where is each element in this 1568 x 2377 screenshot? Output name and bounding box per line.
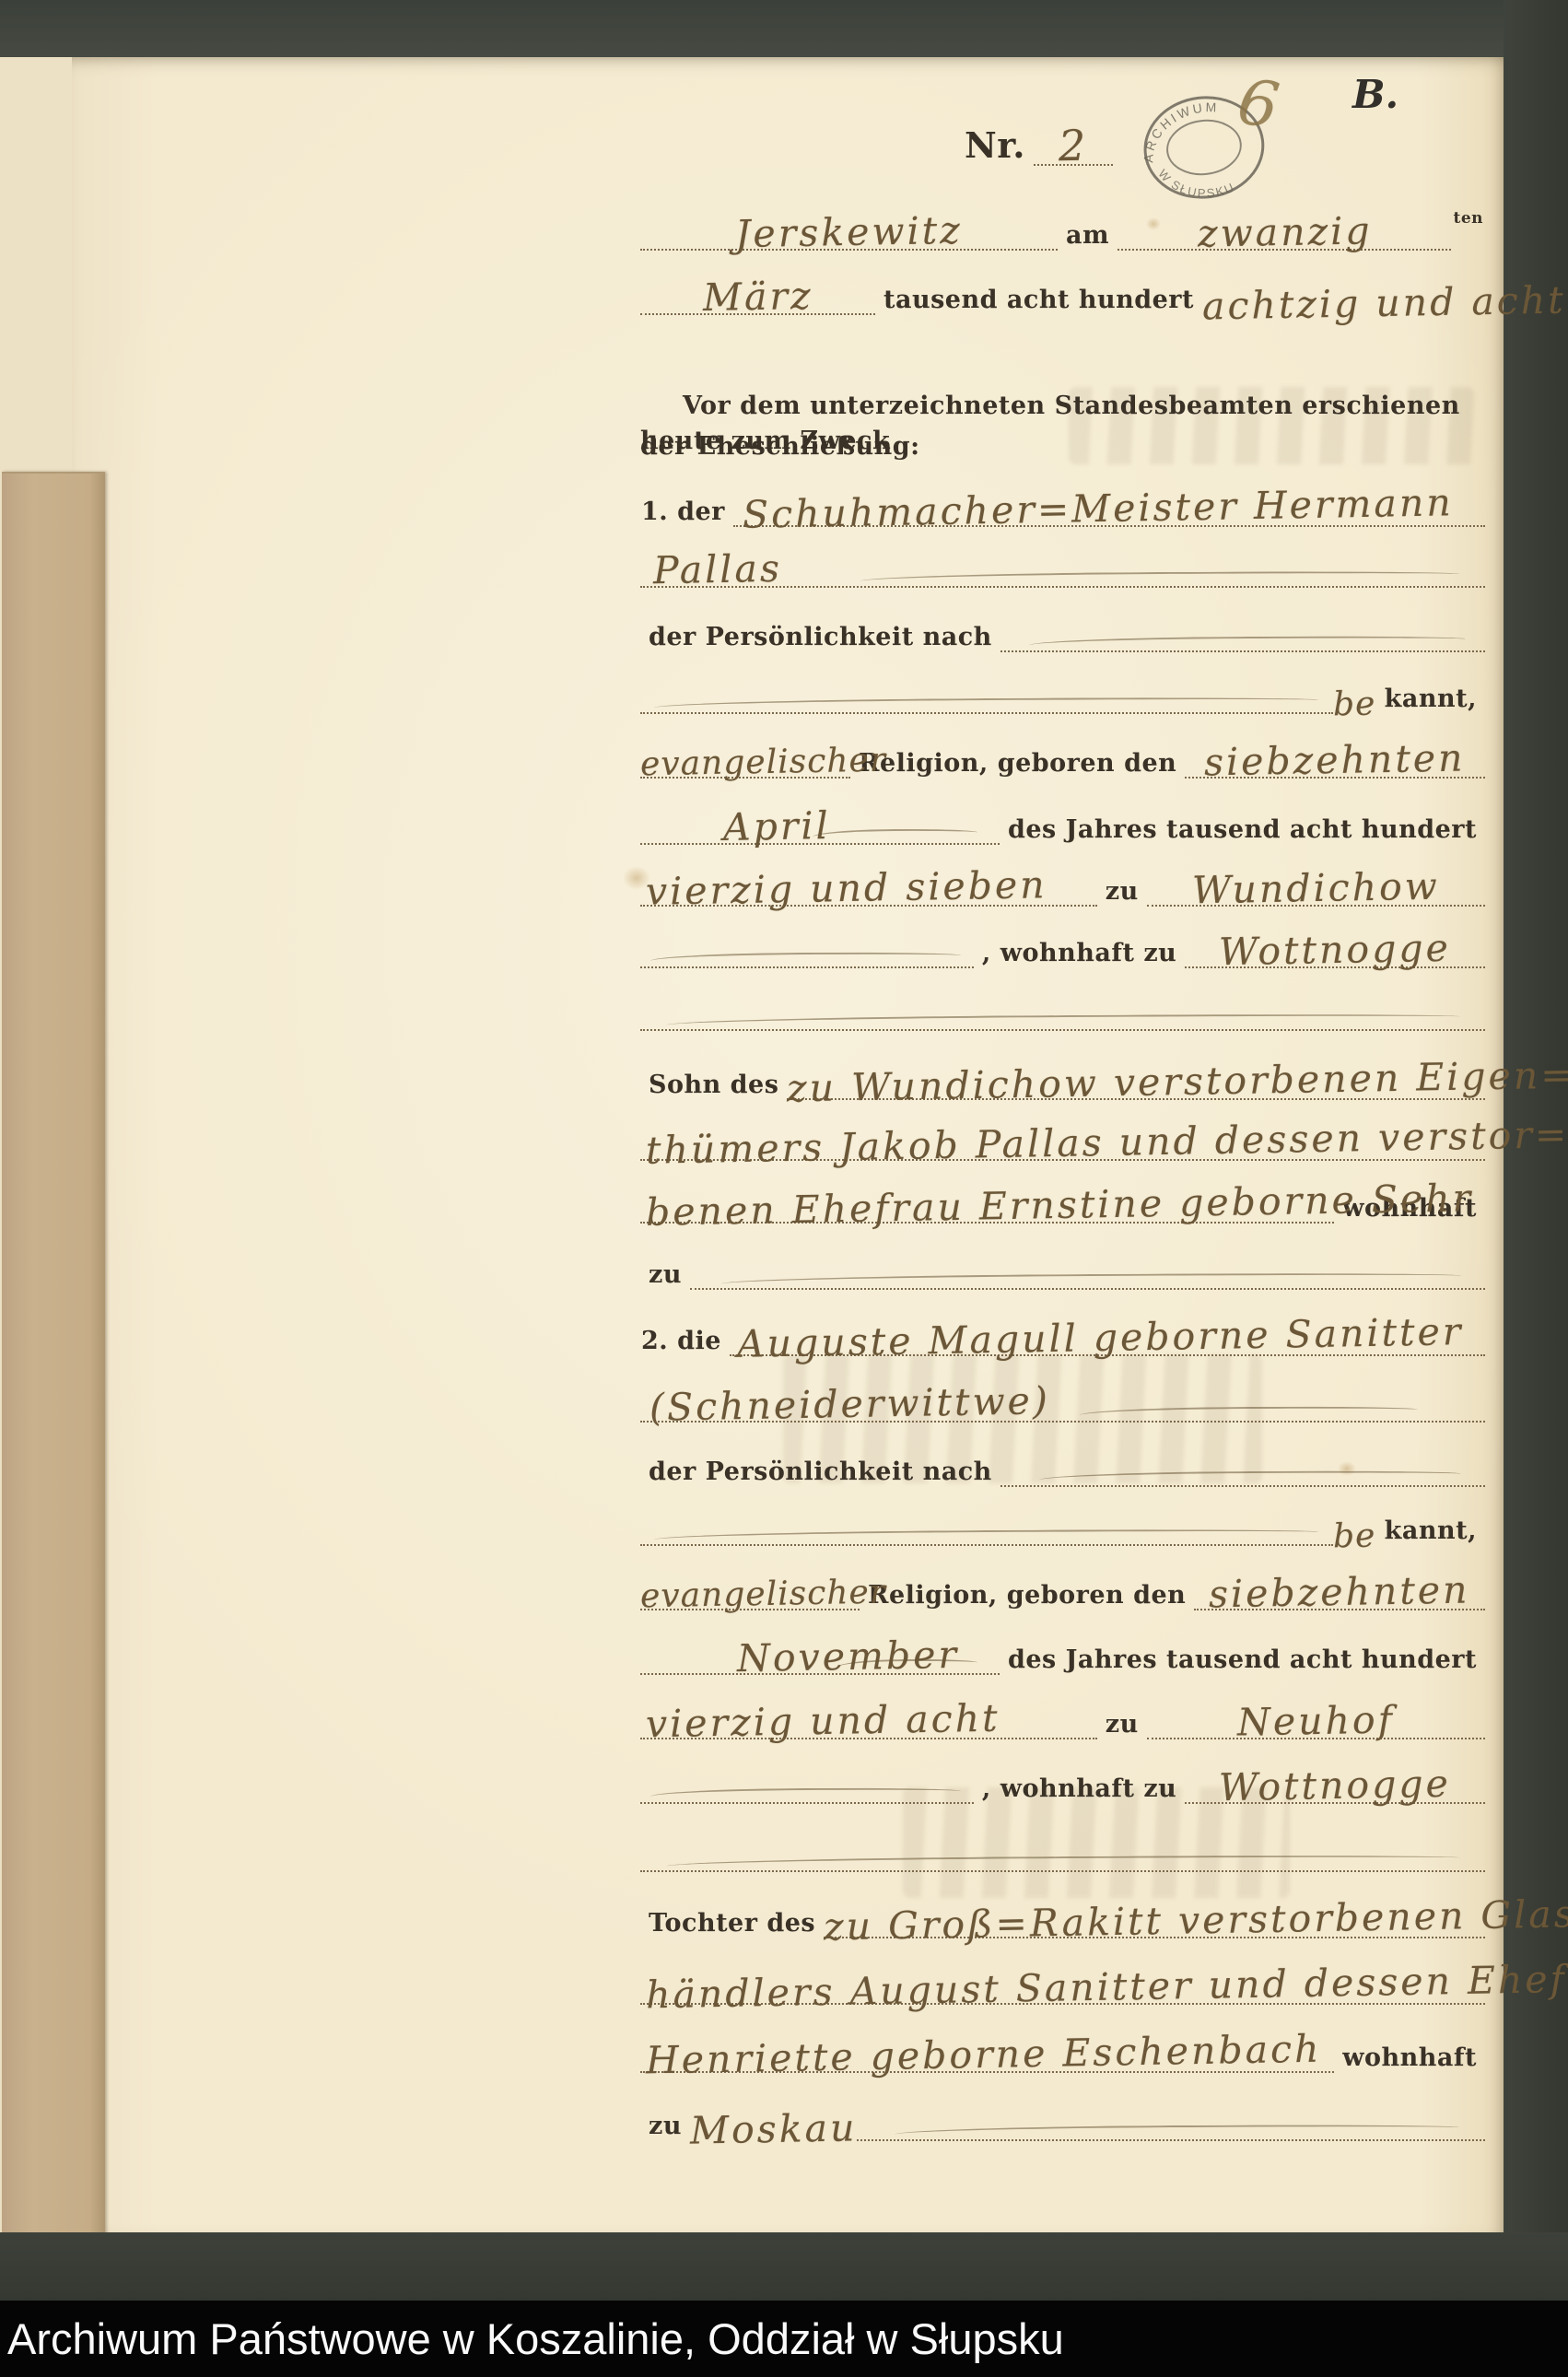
bride-religion: evangelischer [640, 1576, 887, 1614]
groom-parents3-field: benen Ehefrau Ernstine geborne Sehr [640, 1187, 1334, 1224]
form-row-bride-religion: evangelischer Religion, geboren den sieb… [640, 1563, 1485, 1610]
groom-son-label: Sohn des [640, 1072, 787, 1097]
groom-parents1-field: zu Wundichow verstorbenen Eigen= [787, 1063, 1485, 1100]
place-field: Jerskewitz [640, 214, 1058, 251]
groom-number-label: 1. der [633, 499, 733, 524]
intro-line2: der Eheschließung: [640, 429, 1488, 464]
form-row-bride-status: (Schneiderwittwe) [640, 1375, 1485, 1423]
groom-birthmonth-field: April [640, 808, 1000, 845]
nr-field: 2 [1034, 124, 1113, 166]
groom-resident-label: , wohnhaft zu [974, 941, 1185, 966]
month-field: März [640, 278, 875, 315]
cardboard-tab [2, 472, 105, 2234]
bride-parents3-field: Henriette geborne Eschenbach [640, 2036, 1334, 2073]
form-row-bride-birthmonth: November des Jahres tausend acht hundert [640, 1627, 1485, 1675]
groom-yearlabel: des Jahres tausend acht hundert [1000, 817, 1485, 842]
groom-religion-label: Religion, geboren den [850, 751, 1185, 776]
place-value: Jerskewitz [735, 212, 963, 253]
form-row-groom-name: 1. der Schuhmacher=Meister Hermann [633, 479, 1485, 527]
form-row-groom-parents1: Sohn des zu Wundichow verstorbenen Eigen… [640, 1052, 1485, 1100]
form-row-place-day: Jerskewitz am zwanzig ten [640, 203, 1485, 251]
form-row-groom-parents3: benen Ehefrau Ernstine geborne Sehr wohn… [640, 1176, 1485, 1224]
corner-letter: B. [1352, 72, 1398, 117]
am-label: am [1058, 223, 1117, 248]
bride-birth-month: November [737, 1636, 960, 1678]
form-row-bride-parents-residence: zu Moskau [640, 2093, 1485, 2141]
bride-residence-field: Wottnogge [1185, 1767, 1485, 1804]
groom-identity-field [1000, 650, 1485, 652]
month-value: März [702, 277, 813, 317]
scan-background-top [0, 0, 1568, 59]
bride-religion-field: evangelischer [640, 1578, 860, 1610]
groom-parents2-field: thümers Jakob Pallas und dessen verstor= [640, 1124, 1485, 1161]
groom-birth-day: siebzehnten [1204, 740, 1466, 782]
bride-wohnhaft-label: wohnhaft [1334, 2045, 1485, 2070]
bride-parents-residence-fill [857, 2139, 1485, 2141]
bride-status: (Schneiderwittwe) [649, 1382, 1051, 1427]
ink-stroke [650, 1787, 961, 1798]
form-row-groom-bekannt: be kannt, [640, 666, 1485, 714]
groom-bekannt-field [640, 712, 1333, 714]
bride-name: Auguste Magull geborne Sanitter [737, 1313, 1464, 1364]
blank-field [640, 1029, 1485, 1031]
groom-birth-month: April [723, 807, 831, 847]
bride-zu-label: zu [1097, 1712, 1147, 1737]
stamp-ring-bottom-text: W SŁUPSKU [1154, 158, 1237, 206]
nr-value: 2 [1059, 124, 1088, 168]
groom-religion: evangelischer [640, 744, 887, 782]
form-row-bride-residence: , wohnhaft zu Wottnogge [640, 1756, 1485, 1804]
groom-zu-label: zu [1097, 879, 1147, 904]
groom-residence-fill [640, 966, 974, 968]
form-row-bride-parents2: händlers August Sanitter und dessen Ehef… [640, 1957, 1485, 2005]
form-row-groom-parents-residence: zu [640, 1242, 1485, 1290]
groom-birthplace-field: Wundichow [1147, 870, 1485, 907]
bride-religion-label: Religion, geboren den [860, 1583, 1194, 1608]
bride-parents-line3: Henriette geborne Eschenbach [646, 2031, 1322, 2080]
bride-birth-year: vierzig und acht [646, 1700, 1000, 1744]
form-row-bride-parents3: Henriette geborne Eschenbach wohnhaft [640, 2025, 1485, 2073]
form-row-blank [640, 1824, 1485, 1872]
ink-stroke [665, 1013, 1459, 1026]
bride-birthday-field: siebzehnten [1194, 1574, 1485, 1610]
groom-residence: Wottnogge [1219, 930, 1452, 971]
blank-field [640, 1870, 1485, 1872]
groom-residence-field: Wottnogge [1185, 931, 1485, 968]
bride-name-field: Auguste Magull geborne Sanitter [730, 1319, 1485, 1356]
groom-birthday-field: siebzehnten [1185, 742, 1485, 779]
bride-zu2-label: zu [640, 2114, 690, 2138]
ink-stroke [1039, 1470, 1461, 1482]
form-row-blank [640, 983, 1485, 1031]
bride-kannt-label: kannt, [1376, 1518, 1485, 1543]
form-row-groom-parents2: thümers Jakob Pallas und dessen verstor= [640, 1113, 1485, 1161]
groom-be: be [1333, 688, 1376, 722]
bride-residence-fill [640, 1802, 974, 1804]
form-row-bride-name: 2. die Auguste Magull geborne Sanitter [633, 1308, 1485, 1356]
form-row-bride-identity: der Persönlichkeit nach [640, 1439, 1485, 1487]
bride-parents2-field: händlers August Sanitter und dessen Ehef… [640, 1968, 1485, 2005]
form-row-groom-religion: evangelischer Religion, geboren den sieb… [640, 731, 1485, 779]
groom-name-field: Schuhmacher=Meister Hermann [733, 490, 1485, 527]
groom-identity-label: der Persönlichkeit nach [640, 625, 1000, 650]
bride-be: be [1333, 1520, 1376, 1554]
ink-stroke [1080, 1406, 1418, 1417]
nr-label: Nr. [956, 128, 1034, 163]
groom-zu2-label: zu [640, 1262, 690, 1287]
bride-number-label: 2. die [633, 1329, 730, 1353]
scan-background-bottom [0, 2232, 1568, 2302]
bride-birth-place: Neuhof [1237, 1702, 1396, 1742]
form-row-groom-birthmonth: April des Jahres tausend acht hundert [640, 797, 1485, 845]
day-value: zwanzig [1197, 212, 1372, 252]
ink-stroke [895, 2124, 1460, 2137]
archive-caption-text: Archiwum Państwowe w Koszalinie, Oddział… [7, 2313, 1064, 2364]
ten-label: ten [1451, 211, 1485, 227]
form-row-groom-surname: Pallas [640, 540, 1485, 588]
bride-birth-day: siebzehnten [1209, 1572, 1470, 1614]
groom-surname: Pallas [653, 550, 783, 590]
groom-kannt-label: kannt, [1376, 686, 1485, 711]
form-row-month-year: März tausend acht hundert achtzig und ac… [640, 267, 1485, 315]
bride-parents1-field: zu Groß=Rakitt verstorbenen Glas= [824, 1902, 1485, 1938]
day-field: zwanzig [1117, 214, 1451, 251]
groom-occupation-name: Schuhmacher=Meister Hermann [743, 484, 1454, 533]
bride-parents-residence: Moskau [690, 2109, 858, 2149]
form-row-groom-birthyear: vierzig und sieben zu Wundichow [640, 859, 1485, 907]
bride-residence: Wottnogge [1219, 1765, 1452, 1807]
bride-yearlabel: des Jahres tausend acht hundert [1000, 1647, 1485, 1672]
bride-resident-label: , wohnhaft zu [974, 1776, 1185, 1801]
bride-birthplace-field: Neuhof [1147, 1703, 1485, 1739]
ink-stroke [860, 570, 1459, 583]
bride-status-field: (Schneiderwittwe) [640, 1386, 1485, 1423]
groom-religion-field: evangelischer [640, 746, 850, 779]
bride-daughter-label: Tochter des [640, 1911, 824, 1936]
groom-surname-field: Pallas [640, 551, 1485, 588]
ink-stroke [1029, 636, 1466, 648]
form-row-bride-birthyear: vierzig und acht zu Neuhof [640, 1692, 1485, 1739]
year-label: tausend acht hundert [875, 287, 1202, 312]
ink-stroke [721, 1272, 1461, 1286]
groom-parents-residence-field [690, 1288, 1485, 1290]
groom-birthyear-field: vierzig und sieben [640, 870, 1097, 907]
year-value: achtzig und acht [1202, 282, 1566, 326]
form-row-bride-bekannt: be kannt, [640, 1498, 1485, 1546]
svg-text:W SŁUPSKU: W SŁUPSKU [1154, 158, 1237, 206]
ink-stroke [654, 697, 1319, 709]
bride-birthyear-field: vierzig und acht [640, 1703, 1097, 1739]
form-row-groom-residence: , wohnhaft zu Wottnogge [640, 920, 1485, 968]
ink-stroke [650, 952, 961, 963]
bride-bekannt-field [640, 1544, 1333, 1546]
groom-birth-year: vierzig und sieben [646, 866, 1047, 911]
form-row-groom-identity: der Persönlichkeit nach [640, 604, 1485, 652]
bride-identity-field [1000, 1485, 1485, 1487]
form-row-number: Nr. 2 [956, 118, 1113, 166]
scanned-document: ARCHIWUM W SŁUPSKU 6 B. Nr. 2 Jerskewitz… [0, 0, 1568, 2377]
form-row-bride-parents1: Tochter des zu Groß=Rakitt verstorbenen … [640, 1891, 1485, 1938]
archive-caption-bar: Archiwum Państwowe w Koszalinie, Oddział… [0, 2301, 1568, 2377]
ink-stroke [665, 1854, 1459, 1868]
groom-birth-place: Wundichow [1192, 868, 1440, 910]
ink-stroke [813, 828, 977, 838]
bride-birthmonth-field: November [640, 1638, 1000, 1675]
bride-identity-label: der Persönlichkeit nach [640, 1459, 1000, 1484]
ink-stroke [654, 1528, 1319, 1541]
